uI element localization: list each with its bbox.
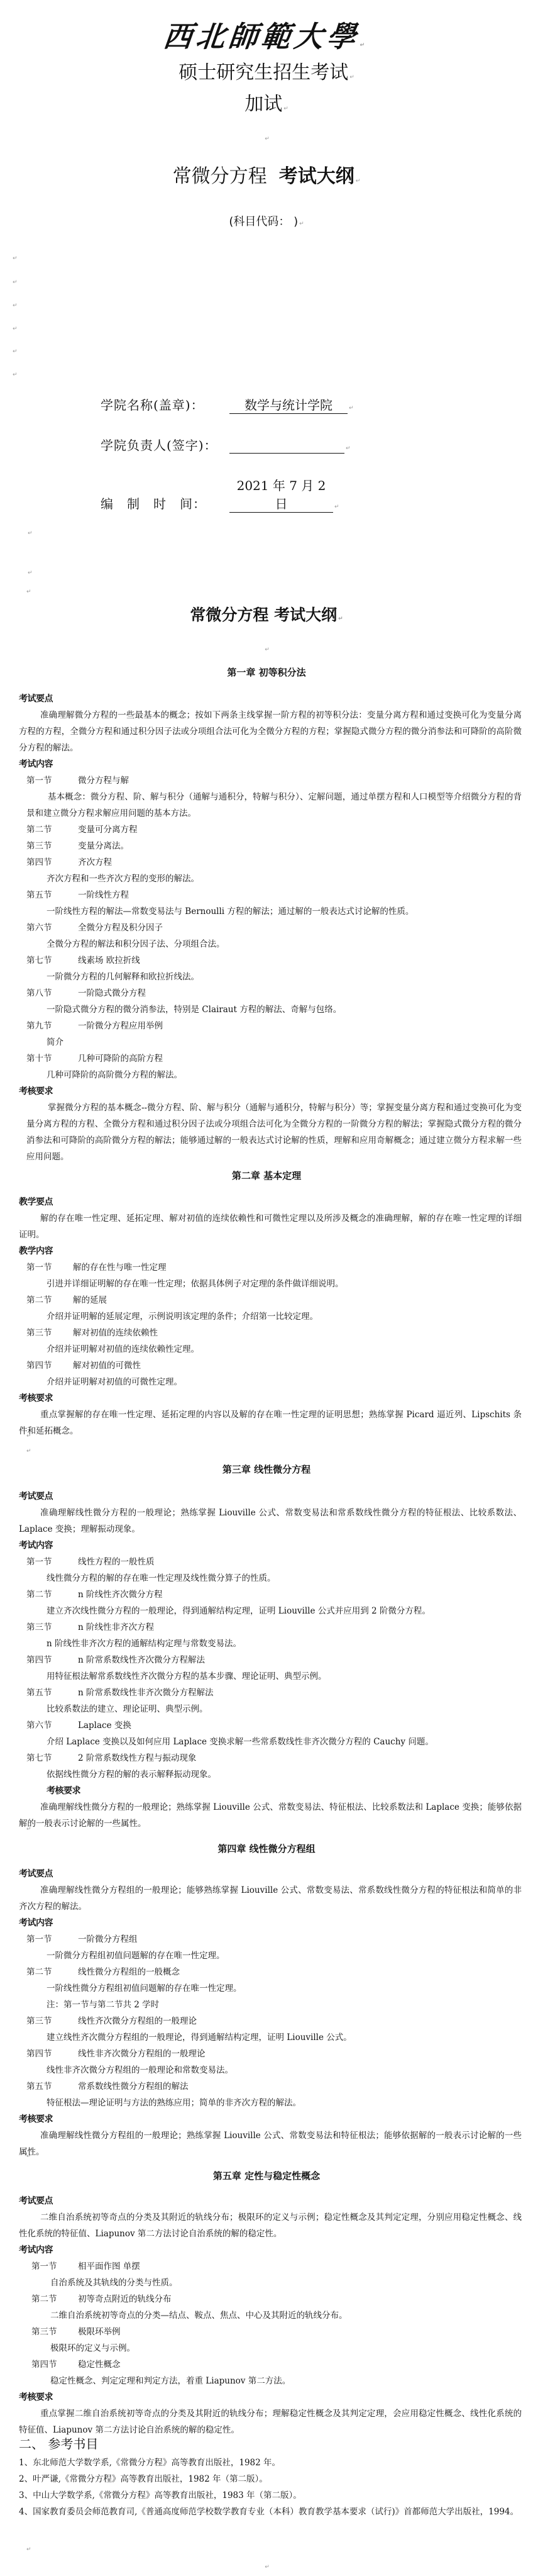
empty-paragraph: ↵	[25, 2148, 31, 2160]
requirements-text: 重点掌握解的存在唯一性定理、延拓定理的内容以及解的存在唯一性定理的证明思想；熟练…	[19, 1407, 522, 1439]
chapter-1-title: 第一章 初等积分法	[0, 666, 533, 679]
empty-paragraph: ↵	[0, 131, 533, 143]
section-title: 第一节微分方程与解	[19, 772, 522, 789]
section-title: 第五节一阶线性方程	[19, 887, 522, 903]
paragraph-mark-icon: ↵	[349, 74, 354, 81]
section-title: 第四节n 阶常系数线性齐次微分方程解法	[19, 1652, 522, 1668]
requirements-heading: 考核要求	[19, 1390, 522, 1407]
paragraph-mark-icon: ↵	[349, 405, 354, 411]
paragraph-mark-icon: ↵	[346, 445, 351, 452]
requirements-text: 掌握微分方程的基本概念--微分方程、阶、解与积分（通解与通积分，特解与积分）等；…	[19, 1100, 522, 1165]
paragraph-mark-icon: ↵	[360, 42, 369, 48]
chapter-3-title: 第三章 线性微分方程	[0, 1463, 533, 1476]
references-heading: 二、 参考书目	[19, 2433, 522, 2455]
college-head-label: 学院负责人(签字)：	[101, 435, 229, 454]
section-desc: 一阶隐式微分方程的微分消参法，特别是 Clairaut 方程的解法、奇解与包络。	[19, 1001, 522, 1018]
paragraph-mark-icon: ↵	[265, 2564, 270, 2570]
section-desc: 一阶线性方程的解法—常数变易法与 Bernoulli 方程的解法；通过解的一般表…	[19, 903, 522, 920]
section-desc: 齐次方程和一些齐次方程的变形的解法。	[19, 871, 522, 887]
exam-points-text: 准确理解微分方程的一些最基本的概念；按如下两条主线掌握一阶方程的初等积分法：变量…	[19, 707, 522, 756]
section-title: 第三节解对初值的连续依赖性	[19, 1325, 522, 1341]
paragraph-mark-icon: ↵	[13, 372, 18, 378]
paragraph-mark-icon: ↵	[28, 530, 33, 537]
section-title: 第十节几种可降阶的高阶方程	[19, 1051, 522, 1067]
section-desc: n 阶线性非齐次方程的通解结构定理与常数变易法。	[19, 1636, 522, 1652]
teaching-points-text: 解的存在唯一性定理、延拓定理、解对初值的连续依赖性和可微性定理以及所涉及概念的准…	[19, 1210, 522, 1243]
section-title: 第二节n 阶线性齐次微分方程	[19, 1586, 522, 1603]
empty-paragraph: ↵	[11, 367, 18, 379]
reference-item: 2、叶严谦,《常微分方程》高等教育出版社，1982 年（第二版）。	[19, 2471, 522, 2487]
section-title: 第三节变量分离法。	[19, 838, 522, 854]
compile-date-label: 编 制 时 间：	[101, 494, 229, 512]
section-desc: 全微分方程的解法和积分因子法、分项组合法。	[19, 936, 522, 952]
exam-points-text: 准确理解线性微分方程的一般理论；熟练掌握 Liouville 公式、常数变易法和…	[19, 1505, 522, 1537]
section-title: 第三节极限环举例	[19, 2324, 522, 2340]
empty-paragraph: ↵	[11, 250, 18, 262]
section-desc: 比较系数法的建立、理论证明、典型示例。	[19, 1701, 522, 1717]
empty-paragraph: ↵	[0, 642, 533, 654]
paragraph-mark-icon: ↵	[338, 616, 343, 622]
teaching-content-heading: 教学内容	[19, 1243, 522, 1259]
paragraph-mark-icon: ↵	[26, 589, 31, 595]
exam-points-heading: 考试要点	[19, 691, 522, 707]
section-desc: 介绍并证明解的延展定理，示例说明该定理的条件；介绍第一比较定理。	[19, 1308, 522, 1325]
section-title: 第三节n 阶线性非齐次方程	[19, 1619, 522, 1636]
section-title: 第二节解的延展	[19, 1292, 522, 1308]
paragraph-mark-icon: ↵	[334, 504, 339, 510]
section-title: 第四节线性非齐次微分方程组的一般理论	[19, 2046, 522, 2062]
college-head-row: 学院负责人(签字)：↵	[101, 435, 351, 454]
chapter-1: 考试要点 准确理解微分方程的一些最基本的概念；按如下两条主线掌握一阶方程的初等积…	[19, 691, 522, 1165]
college-name-label: 学院名称(盖章)：	[101, 395, 229, 413]
section-desc: 引进并详细证明解的存在唯一性定理；依据具体例子对定理的条件做详细说明。	[19, 1276, 522, 1292]
exam-content-heading: 考试内容	[19, 1915, 522, 1931]
empty-paragraph: ↵	[11, 298, 18, 309]
compile-date-field: 2021 年 7 月 2 日	[229, 476, 333, 513]
reference-item: 1、东北师范大学数学系,《常微分方程》高等教育出版社，1982 年。	[19, 2455, 522, 2471]
college-head-signature-field	[229, 438, 344, 454]
section-title: 第二节变量可分离方程	[19, 822, 522, 838]
paragraph-mark-icon: ↵	[13, 279, 18, 286]
paragraph-mark-icon: ↵	[13, 303, 18, 309]
chapter-5: 考试要点 二维自治系统初等奇点的分类及其附近的轨线分布；极限环的定义与示例；稳定…	[19, 2193, 522, 2438]
paragraph-mark-icon: ↵	[26, 2153, 31, 2160]
section-desc: 特征根法—理论证明与方法的熟练应用；简单的非齐次方程的解法。	[19, 2095, 522, 2111]
teaching-points-heading: 教学要点	[19, 1194, 522, 1210]
exam-content-heading: 考试内容	[19, 756, 522, 772]
exam-points-text: 准确理解线性微分方程组的一般理论；能够熟练掌握 Liouville 公式、常数变…	[19, 1882, 522, 1915]
section-desc: 介绍 Laplace 变换以及如何应用 Laplace 变换求解一些常系数线性非…	[19, 1734, 522, 1750]
section-desc: 建立齐次线性微分方程的一般理论，得到通解结构定理，证明 Liouville 公式…	[19, 1603, 522, 1619]
section-desc: 极限环的定义与示例。	[19, 2340, 522, 2356]
subject-code: (科目代码： )↵	[0, 213, 533, 229]
section-note: 注：第一节与第二节共 2 学时	[19, 1997, 522, 2013]
empty-paragraph: ↵	[25, 2541, 31, 2553]
section-title: 第七节线素场 欧拉折线	[19, 952, 522, 969]
exam-content-heading: 考试内容	[19, 1537, 522, 1554]
college-name-field: 数学与统计学院	[229, 395, 348, 414]
section-title: 第七节2 阶常系数线性方程与振动现象	[19, 1750, 522, 1766]
chapter-3: 考试要点 准确理解线性微分方程的一般理论；熟练掌握 Liouville 公式、常…	[19, 1488, 522, 1832]
section-desc: 线性非齐次微分方程组的一般理论和常数变易法。	[19, 2062, 522, 2078]
compile-date-row: 编 制 时 间：2021 年 7 月 2 日↵	[101, 476, 339, 513]
college-name-row: 学院名称(盖章)：数学与统计学院↵	[101, 395, 354, 414]
section-desc: 稳定性概念、判定定理和判定方法，着重 Liapunov 第二方法。	[19, 2373, 522, 2389]
university-logo: 西北師範大學↵	[0, 14, 533, 55]
requirements-heading: 考核要求	[19, 2111, 522, 2127]
exam-points-text: 二维自治系统初等奇点的分类及其附近的轨线分布；极限环的定义与示例；稳定性概念及其…	[19, 2209, 522, 2242]
cover-subject-title: 常微分方程 考试大纲↵	[0, 160, 533, 188]
document-title: 常微分方程 考试大纲↵	[0, 603, 533, 625]
section-title: 第九节一阶微分方程应用举例	[19, 1018, 522, 1034]
chapter-2: 教学要点 解的存在唯一性定理、延拓定理、解对初值的连续依赖性和可微性定理以及所涉…	[19, 1194, 522, 1439]
section-desc: 建立线性齐次微分方程组的一般理论，得到通解结构定理，证明 Liouville 公…	[19, 2029, 522, 2046]
section-desc: 二维自治系统初等奇点的分类—结点、鞍点、焦点、中心及其附近的轨线分布。	[19, 2307, 522, 2324]
exam-points-heading: 考试要点	[19, 1866, 522, 1882]
exam-type: 加试↵	[0, 88, 533, 116]
paragraph-mark-icon: ↵	[13, 255, 18, 262]
paragraph-mark-icon: ↵	[283, 106, 288, 112]
paragraph-mark-icon: ↵	[13, 326, 18, 332]
chapter-5-title: 第五章 定性与稳定性概念	[0, 2169, 533, 2182]
reference-item: 4、国家教育委员会师范教育司,《普通高度师范学校数学教育专业（本科）教育教学基本…	[19, 2504, 522, 2520]
paragraph-mark-icon: ↵	[265, 647, 270, 653]
section-title: 第一节解的存在性与唯一性定理	[19, 1259, 522, 1276]
section-desc: 一阶线性微分方程组初值问题解的存在唯一性定理。	[19, 1980, 522, 1997]
section-title: 第五节n 阶常系数线性非齐次微分方程解法	[19, 1685, 522, 1701]
paragraph-mark-icon: ↵	[26, 1433, 31, 1439]
section-title: 第四节稳定性概念	[19, 2356, 522, 2373]
section-title: 第八节一阶隐式微分方程	[19, 985, 522, 1001]
paragraph-mark-icon: ↵	[26, 1153, 31, 1159]
chapter-4-title: 第四章 线性微分方程组	[0, 1842, 533, 1855]
section-desc: 一阶微分方程的几何解释和欧拉折线法。	[19, 969, 522, 985]
section-title: 第二节初等奇点附近的轨线分布	[19, 2291, 522, 2307]
exam-title: 硕士研究生招生考试↵	[0, 57, 533, 84]
section-desc: 简介	[19, 1034, 522, 1051]
requirements-heading: 考核要求	[19, 2389, 522, 2406]
requirements-text: 准确理解线性微分方程组的一般理论；熟练掌握 Liouville 公式、常数变易法…	[19, 2127, 522, 2160]
section-desc: 用特征根法解常系数线性齐次微分方程的基本步骤、理论证明、典型示例。	[19, 1668, 522, 1685]
paragraph-mark-icon: ↵	[356, 178, 361, 184]
paragraph-mark-icon: ↵	[26, 2546, 31, 2553]
chapter-4: 考试要点 准确理解线性微分方程组的一般理论；能够熟练掌握 Liouville 公…	[19, 1866, 522, 2160]
references: 二、 参考书目 1、东北师范大学数学系,《常微分方程》高等教育出版社，1982 …	[19, 2433, 522, 2520]
section-title: 第六节Laplace 变换	[19, 1717, 522, 1734]
empty-paragraph: ↵	[25, 584, 31, 596]
requirements-text: 准确理解线性微分方程的一般理论；熟练掌握 Liouville 公式、常数变易法、…	[19, 1799, 522, 1832]
empty-paragraph: ↵	[25, 1821, 31, 1833]
section-title: 第五节常系数线性微分方程组的解法	[19, 2078, 522, 2095]
chapter-2-title: 第二章 基本定理	[0, 1169, 533, 1182]
section-title: 第三节线性齐次微分方程组的一般理论	[19, 2013, 522, 2029]
paragraph-mark-icon: ↵	[26, 1826, 31, 1832]
empty-paragraph: ↵	[26, 565, 33, 577]
empty-paragraph: ↵	[25, 1148, 31, 1160]
paragraph-mark-icon: ↵	[28, 570, 33, 576]
paragraph-mark-icon: ↵	[299, 221, 304, 227]
empty-paragraph: ↵	[25, 1443, 31, 1455]
requirements-heading: 考核要求	[19, 1083, 522, 1100]
section-title: 第四节齐次方程	[19, 854, 522, 871]
section-desc: 线性微分方程的解的存在唯一性定理及线性微分算子的性质。	[19, 1570, 522, 1586]
exam-points-heading: 考试要点	[19, 2193, 522, 2209]
section-desc: 依据线性微分方程的解的表示解释振动现象。	[19, 1766, 522, 1783]
section-desc: 介绍并证明解对初值的可微性定理。	[19, 1374, 522, 1390]
empty-paragraph: ↵	[0, 2559, 533, 2571]
section-desc: 介绍并证明解对初值的连续依赖性定理。	[19, 1341, 522, 1358]
section-title: 第一节一阶微分方程组	[19, 1931, 522, 1948]
empty-paragraph: ↵	[25, 1428, 31, 1440]
section-title: 第六节全微分方程及积分因子	[19, 920, 522, 936]
section-title: 第四节解对初值的可微性	[19, 1358, 522, 1374]
reference-item: 3、中山大学数学系,《常微分方程》高等教育出版社，1983 年（第二版）。	[19, 2487, 522, 2504]
section-desc: 几种可降阶的高阶微分方程的解法。	[19, 1067, 522, 1083]
requirements-heading: 考核要求	[19, 1783, 522, 1799]
section-desc: 自治系统及其轨线的分类与性质。	[19, 2275, 522, 2291]
empty-paragraph: ↵	[11, 274, 18, 286]
section-desc: 一阶微分方程组初值问题解的存在唯一性定理。	[19, 1948, 522, 1964]
empty-paragraph: ↵	[11, 343, 18, 355]
paragraph-mark-icon: ↵	[26, 1448, 31, 1454]
exam-content-heading: 考试内容	[19, 2242, 522, 2258]
exam-points-heading: 考试要点	[19, 1488, 522, 1505]
section-title: 第二节线性微分方程组的一般概念	[19, 1964, 522, 1980]
section-title: 第一节相平面作图 单摆	[19, 2258, 522, 2275]
empty-paragraph: ↵	[11, 321, 18, 333]
paragraph-mark-icon: ↵	[265, 136, 270, 142]
empty-paragraph: ↵	[26, 525, 33, 537]
section-title: 第一节线性方程的一般性质	[19, 1554, 522, 1570]
section-desc: 基本概念：微分方程、阶、解与积分（通解与通积分，特解与积分）、定解问题，通过单摆…	[19, 789, 522, 822]
paragraph-mark-icon: ↵	[13, 348, 18, 355]
